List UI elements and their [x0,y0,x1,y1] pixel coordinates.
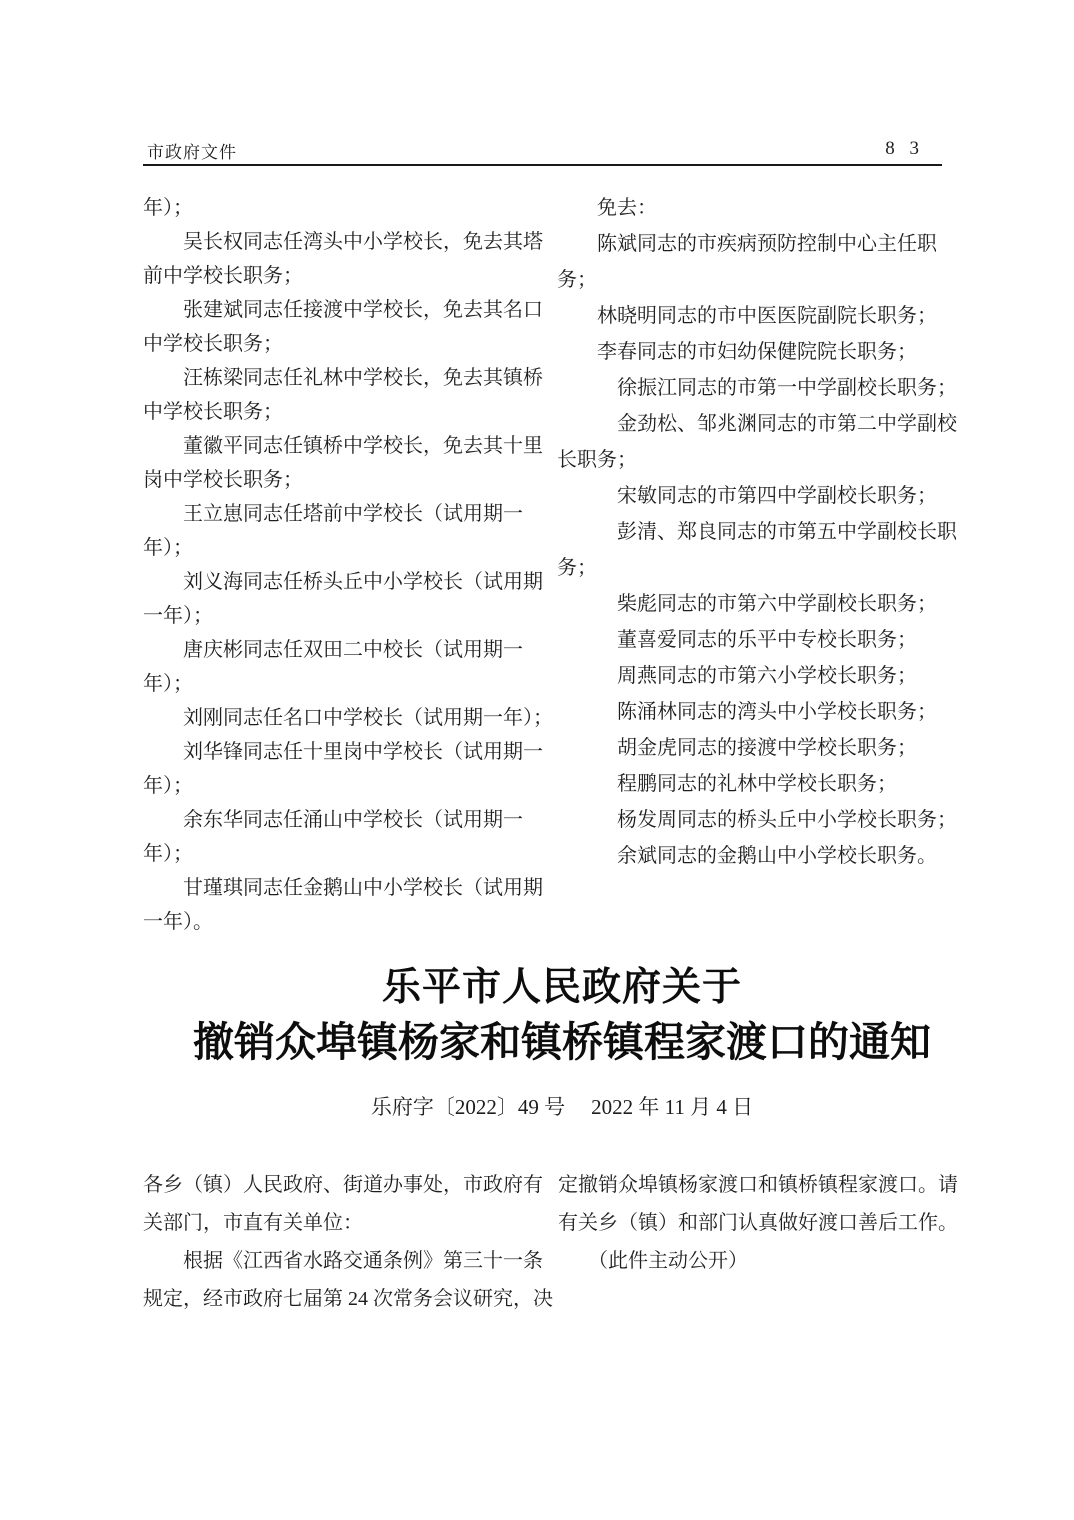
header-doc-category: 市政府文件 [147,138,237,163]
text-line: 年）； [143,531,545,565]
text-line: 李春同志的市妇幼保健院院长职务； [557,334,959,370]
text-line: 中学校长职务； [143,327,545,361]
text-line: 汪栋梁同志任礼林中学校长，免去其镇桥 [143,361,545,395]
text-line: 王立崽同志任塔前中学校长（试用期一 [143,497,545,531]
text-line: 刘华锋同志任十里岗中学校长（试用期一 [143,735,545,769]
text-line: 林晓明同志的市中医医院副院长职务； [557,298,959,334]
bottom-left-column: 各乡（镇）人民政府、街道办事处，市政府有 关部门，市直有关单位： 根据《江西省水… [143,1166,555,1318]
notice-title-line2: 撤销众埠镇杨家和镇桥镇程家渡口的通知 [162,1014,962,1070]
text-line: 刘义海同志任桥头丘中小学校长（试用期 [143,565,545,599]
text-line: 有关乡（镇）和部门认真做好渡口善后工作。 [558,1204,970,1242]
text-line: 免去： [557,190,959,226]
doc-date: 2022 年 11 月 4 日 [591,1095,753,1119]
text-line: 董徽平同志任镇桥中学校长，免去其十里 [143,429,545,463]
text-line: 岗中学校长职务； [143,463,545,497]
text-line: 余斌同志的金鹅山中小学校长职务。 [557,838,959,874]
text-line: 金劲松、邹兆渊同志的市第二中学副校 [557,406,959,442]
notice-title: 乐平市人民政府关于 撤销众埠镇杨家和镇桥镇程家渡口的通知 [162,962,962,1070]
text-line: 徐振江同志的市第一中学副校长职务； [557,370,959,406]
text-line: 年）； [143,769,545,803]
text-line: 唐庆彬同志任双田二中校长（试用期一 [143,633,545,667]
text-line: 一年）； [143,599,545,633]
text-line: 根据《江西省水路交通条例》第三十一条 [143,1242,555,1280]
text-line: 务； [557,262,959,298]
text-line: 各乡（镇）人民政府、街道办事处，市政府有 [143,1166,555,1204]
top-left-column: 年）； 吴长权同志任湾头中小学校长，免去其塔 前中学校长职务； 张建斌同志任接渡… [143,191,545,939]
text-line: 年）； [143,667,545,701]
text-line: 务； [557,550,959,586]
text-line: 彭清、郑良同志的市第五中学副校长职 [557,514,959,550]
page-number: 8 3 [885,138,924,160]
text-line: 陈涌林同志的湾头中小学校长职务； [557,694,959,730]
text-line: 宋敏同志的市第四中学副校长职务； [557,478,959,514]
text-line: 甘瑾琪同志任金鹅山中小学校长（试用期 [143,871,545,905]
header-rule [143,164,942,166]
text-line: 董喜爱同志的乐平中专校长职务； [557,622,959,658]
text-line: 关部门，市直有关单位： [143,1204,555,1242]
text-line: 吴长权同志任湾头中小学校长，免去其塔 [143,225,545,259]
text-line: 刘刚同志任名口中学校长（试用期一年）； [143,701,545,735]
text-line: 张建斌同志任接渡中学校长，免去其名口 [143,293,545,327]
text-line: 余东华同志任涌山中学校长（试用期一 [143,803,545,837]
text-line: 杨发周同志的桥头丘中小学校长职务； [557,802,959,838]
doc-number: 乐府字〔2022〕49 号 [371,1095,565,1119]
text-line: （此件主动公开） [558,1242,970,1280]
text-line: 长职务； [557,442,959,478]
text-line: 陈斌同志的市疾病预防控制中心主任职 [557,226,959,262]
text-line: 年）； [143,191,545,225]
text-line: 胡金虎同志的接渡中学校长职务； [557,730,959,766]
text-line: 中学校长职务； [143,395,545,429]
doc-meta-line: 乐府字〔2022〕49 号2022 年 11 月 4 日 [162,1092,962,1122]
top-right-column: 免去： 陈斌同志的市疾病预防控制中心主任职 务； 林晓明同志的市中医医院副院长职… [557,190,959,874]
text-line: 柴彪同志的市第六中学副校长职务； [557,586,959,622]
text-line: 年）； [143,837,545,871]
document-page: 市政府文件 8 3 年）； 吴长权同志任湾头中小学校长，免去其塔 前中学校长职务… [0,0,1074,1520]
text-line: 一年）。 [143,905,545,939]
text-line: 前中学校长职务； [143,259,545,293]
text-line: 程鹏同志的礼林中学校长职务； [557,766,959,802]
text-line: 规定，经市政府七届第 24 次常务会议研究，决 [143,1280,555,1318]
text-line: 定撤销众埠镇杨家渡口和镇桥镇程家渡口。请 [558,1166,970,1204]
notice-title-line1: 乐平市人民政府关于 [162,962,962,1014]
bottom-right-column: 定撤销众埠镇杨家渡口和镇桥镇程家渡口。请 有关乡（镇）和部门认真做好渡口善后工作… [558,1166,970,1280]
text-line: 周燕同志的市第六小学校长职务； [557,658,959,694]
